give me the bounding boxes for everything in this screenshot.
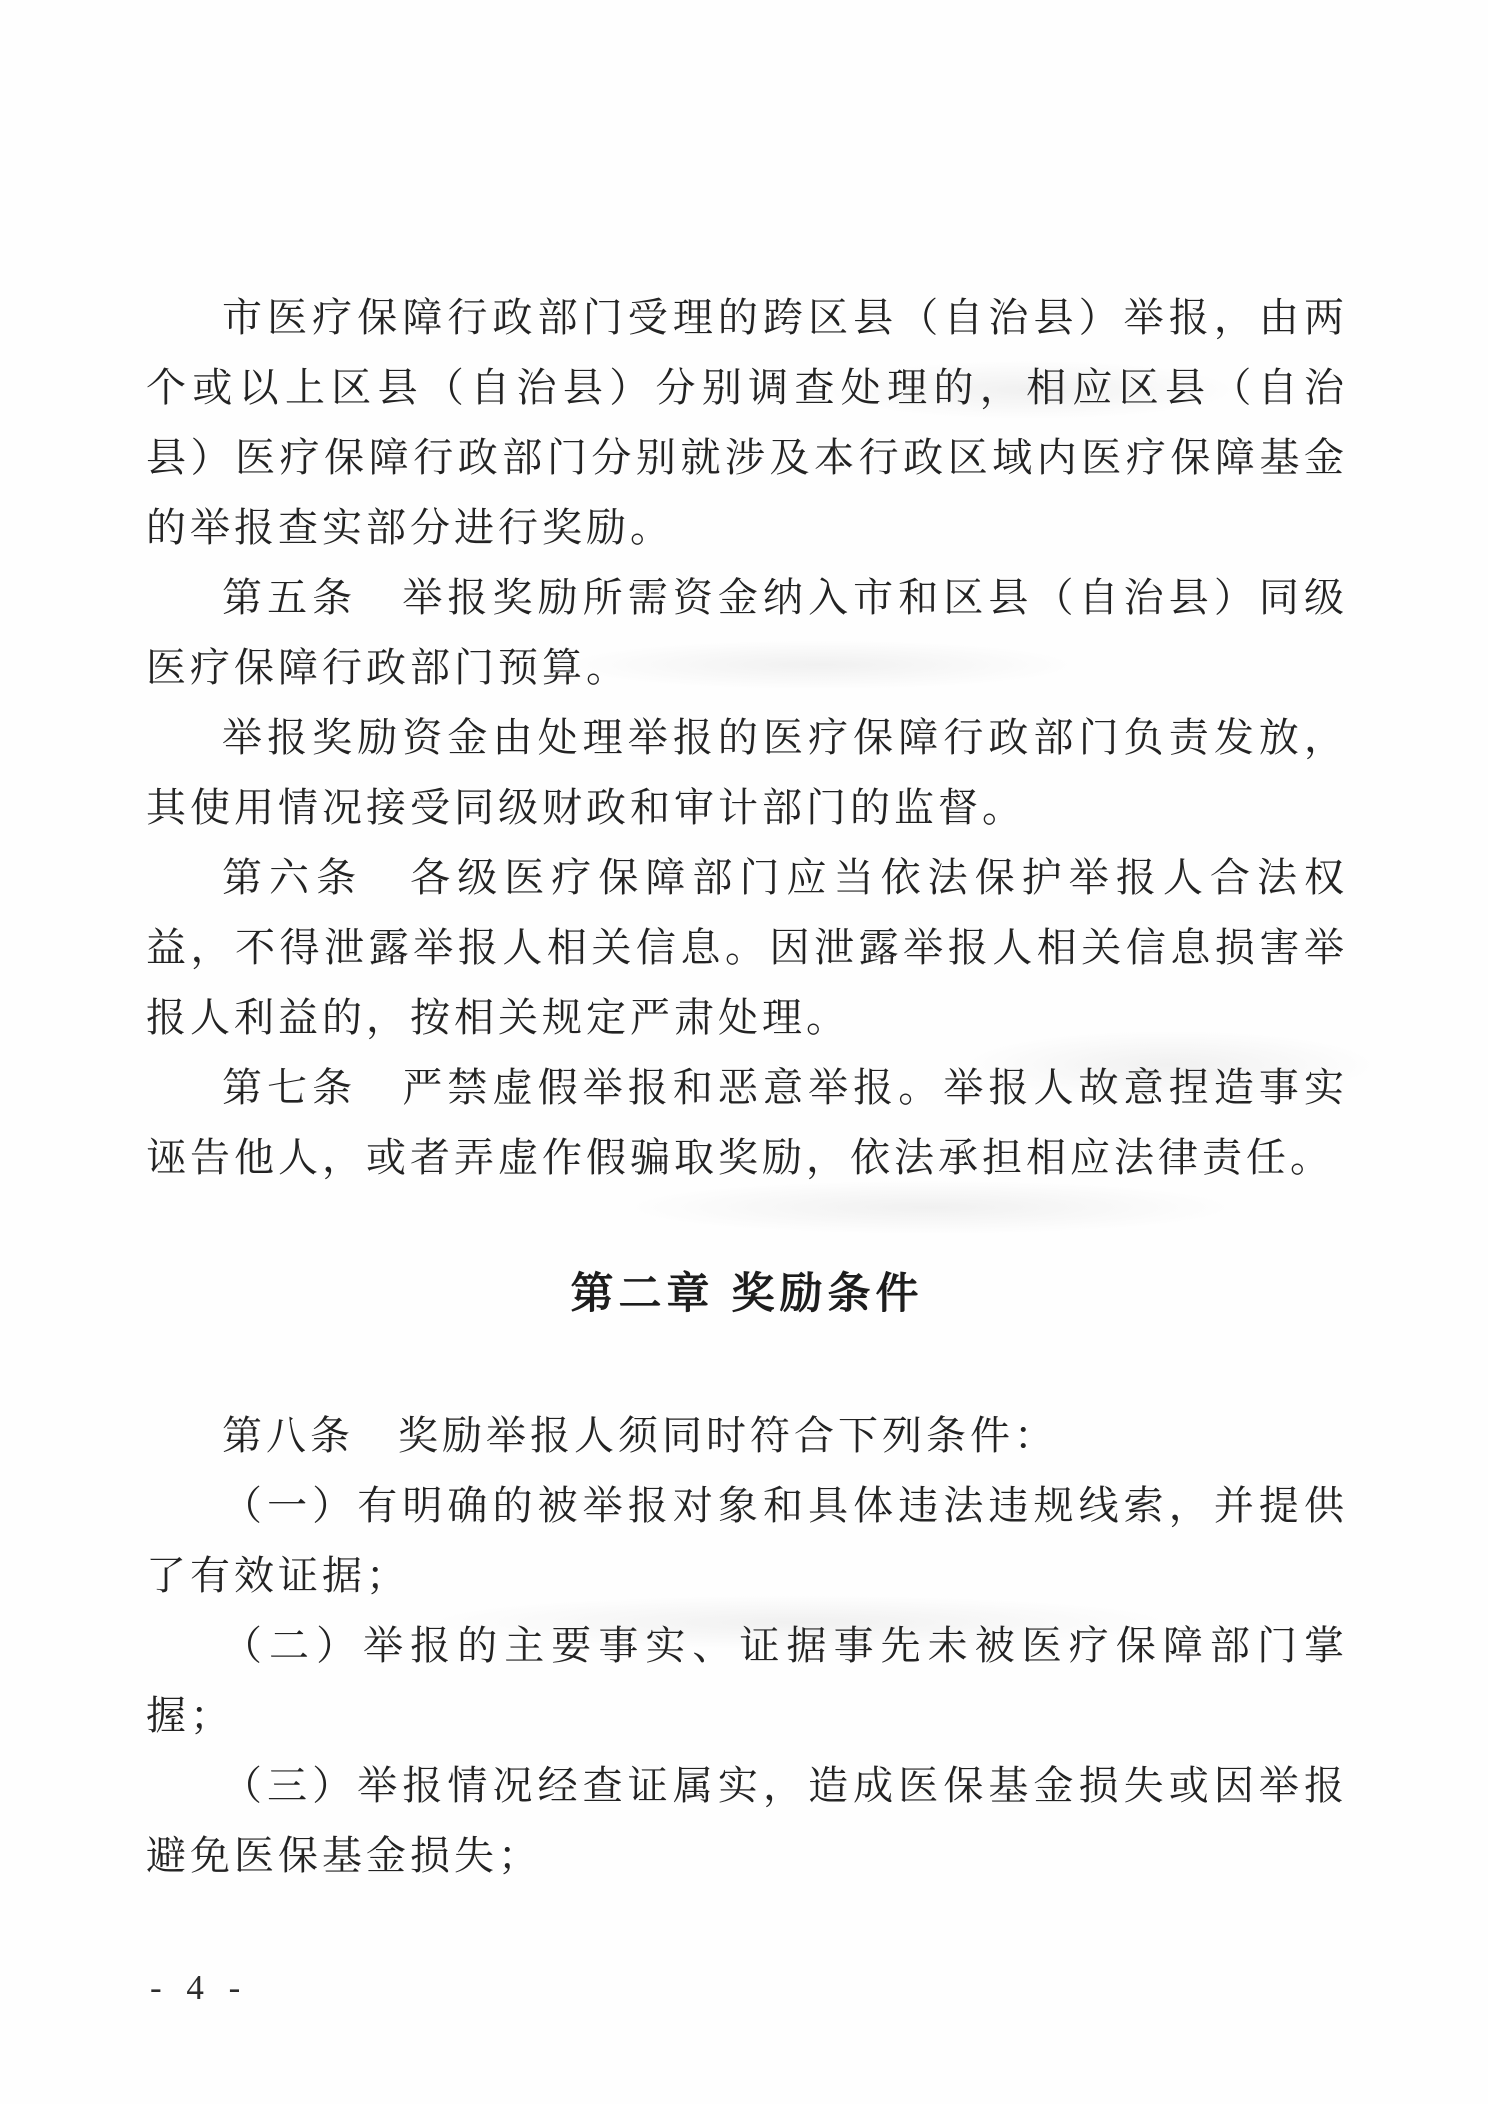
paragraph-reward-funds: 举报奖励资金由处理举报的医疗保障行政部门负责发放，其使用情况接受同级财政和审计部…	[146, 703, 1348, 843]
paragraph-condition-3: （三）举报情况经查证属实，造成医保基金损失或因举报避免医保基金损失；	[146, 1751, 1348, 1891]
paragraph-cross-county-reports: 市医疗保障行政部门受理的跨区县（自治县）举报，由两个或以上区县（自治县）分别调查…	[146, 283, 1348, 563]
paragraph-article-7: 第七条 严禁虚假举报和恶意举报。举报人故意捏造事实诬告他人，或者弄虚作假骗取奖励…	[146, 1053, 1348, 1193]
document-page: 市医疗保障行政部门受理的跨区县（自治县）举报，由两个或以上区县（自治县）分别调查…	[0, 0, 1488, 2104]
paragraph-article-5: 第五条 举报奖励所需资金纳入市和区县（自治县）同级医疗保障行政部门预算。	[146, 563, 1348, 703]
page-number: - 4 -	[150, 1968, 248, 2008]
paragraph-article-8: 第八条 奖励举报人须同时符合下列条件：	[146, 1401, 1348, 1471]
chapter-heading: 第二章 奖励条件	[146, 1259, 1348, 1329]
paragraph-condition-2: （二）举报的主要事实、证据事先未被医疗保障部门掌握；	[146, 1611, 1348, 1751]
paragraph-condition-1: （一）有明确的被举报对象和具体违法违规线索，并提供了有效证据；	[146, 1471, 1348, 1611]
paragraph-article-6: 第六条 各级医疗保障部门应当依法保护举报人合法权益，不得泄露举报人相关信息。因泄…	[146, 843, 1348, 1053]
document-body: 市医疗保障行政部门受理的跨区县（自治县）举报，由两个或以上区县（自治县）分别调查…	[146, 283, 1348, 1891]
